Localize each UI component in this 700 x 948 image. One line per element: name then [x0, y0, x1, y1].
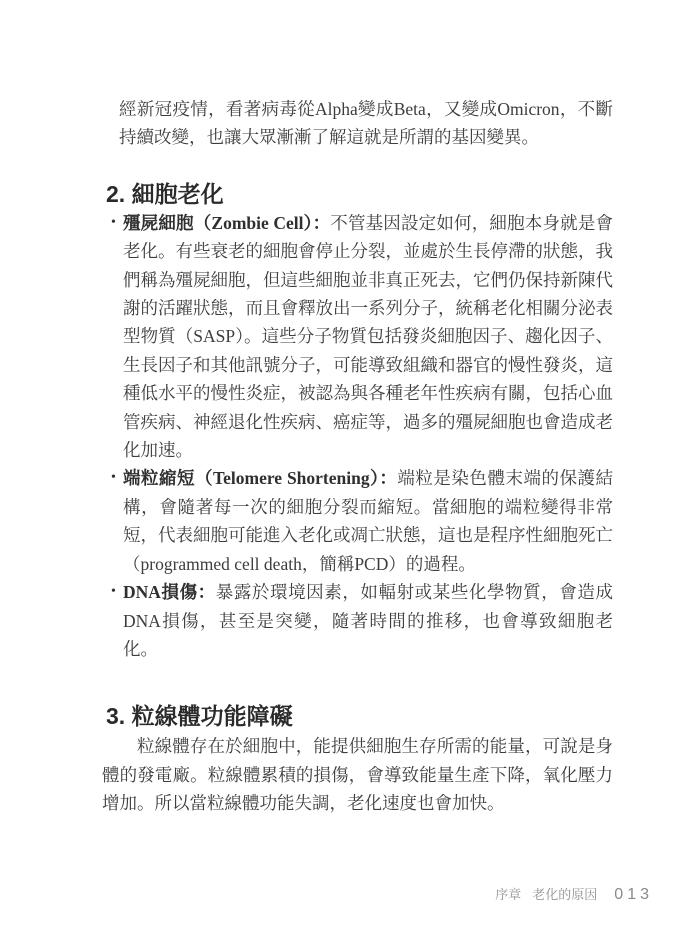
footer-chapter-title: 老化的原因: [532, 884, 597, 903]
section-heading-mitochondria: 3. 粒線體功能障礙: [106, 702, 613, 730]
section-heading-cell-aging: 2. 細胞老化: [106, 180, 613, 208]
page-footer: 序章 老化的原因 013: [495, 884, 653, 904]
footer-chapter-label: 序章: [495, 884, 521, 903]
bullet-item-dna-damage: •DNA損傷：暴露於環境因素，如輻射或某些化學物質，會造成DNA損傷，甚至是突變…: [102, 578, 613, 663]
cell-aging-bullet-list: •殭屍細胞（Zombie Cell）：不管基因設定如何，細胞本身就是會老化。有些…: [102, 209, 613, 664]
page-body: 經新冠疫情，看著病毒從Alpha變成Beta，又變成Omicron，不斷持續改變…: [102, 95, 613, 818]
bullet-term: 殭屍細胞（Zombie Cell）：: [123, 213, 330, 233]
continuation-paragraph: 經新冠疫情，看著病毒從Alpha變成Beta，又變成Omicron，不斷持續改變…: [119, 95, 613, 152]
bullet-marker-icon: •: [111, 578, 116, 606]
bullet-body: 不管基因設定如何，細胞本身就是會老化。有些衰老的細胞會停止分裂，並處於生長停滯的…: [123, 213, 613, 460]
bullet-term: DNA損傷：: [123, 582, 216, 602]
bullet-marker-icon: •: [111, 464, 116, 492]
bullet-term: 端粒縮短（Telomere Shortening）：: [123, 468, 397, 488]
bullet-marker-icon: •: [111, 209, 116, 237]
mitochondria-paragraph: 粒線體存在於細胞中，能提供細胞生存所需的能量，可說是身體的發電廠。粒線體累積的損…: [102, 732, 613, 817]
bullet-item-zombie-cell: •殭屍細胞（Zombie Cell）：不管基因設定如何，細胞本身就是會老化。有些…: [102, 209, 613, 465]
bullet-item-telomere-shortening: •端粒縮短（Telomere Shortening）：端粒是染色體末端的保護結構…: [102, 464, 613, 578]
footer-page-number: 013: [614, 886, 653, 904]
